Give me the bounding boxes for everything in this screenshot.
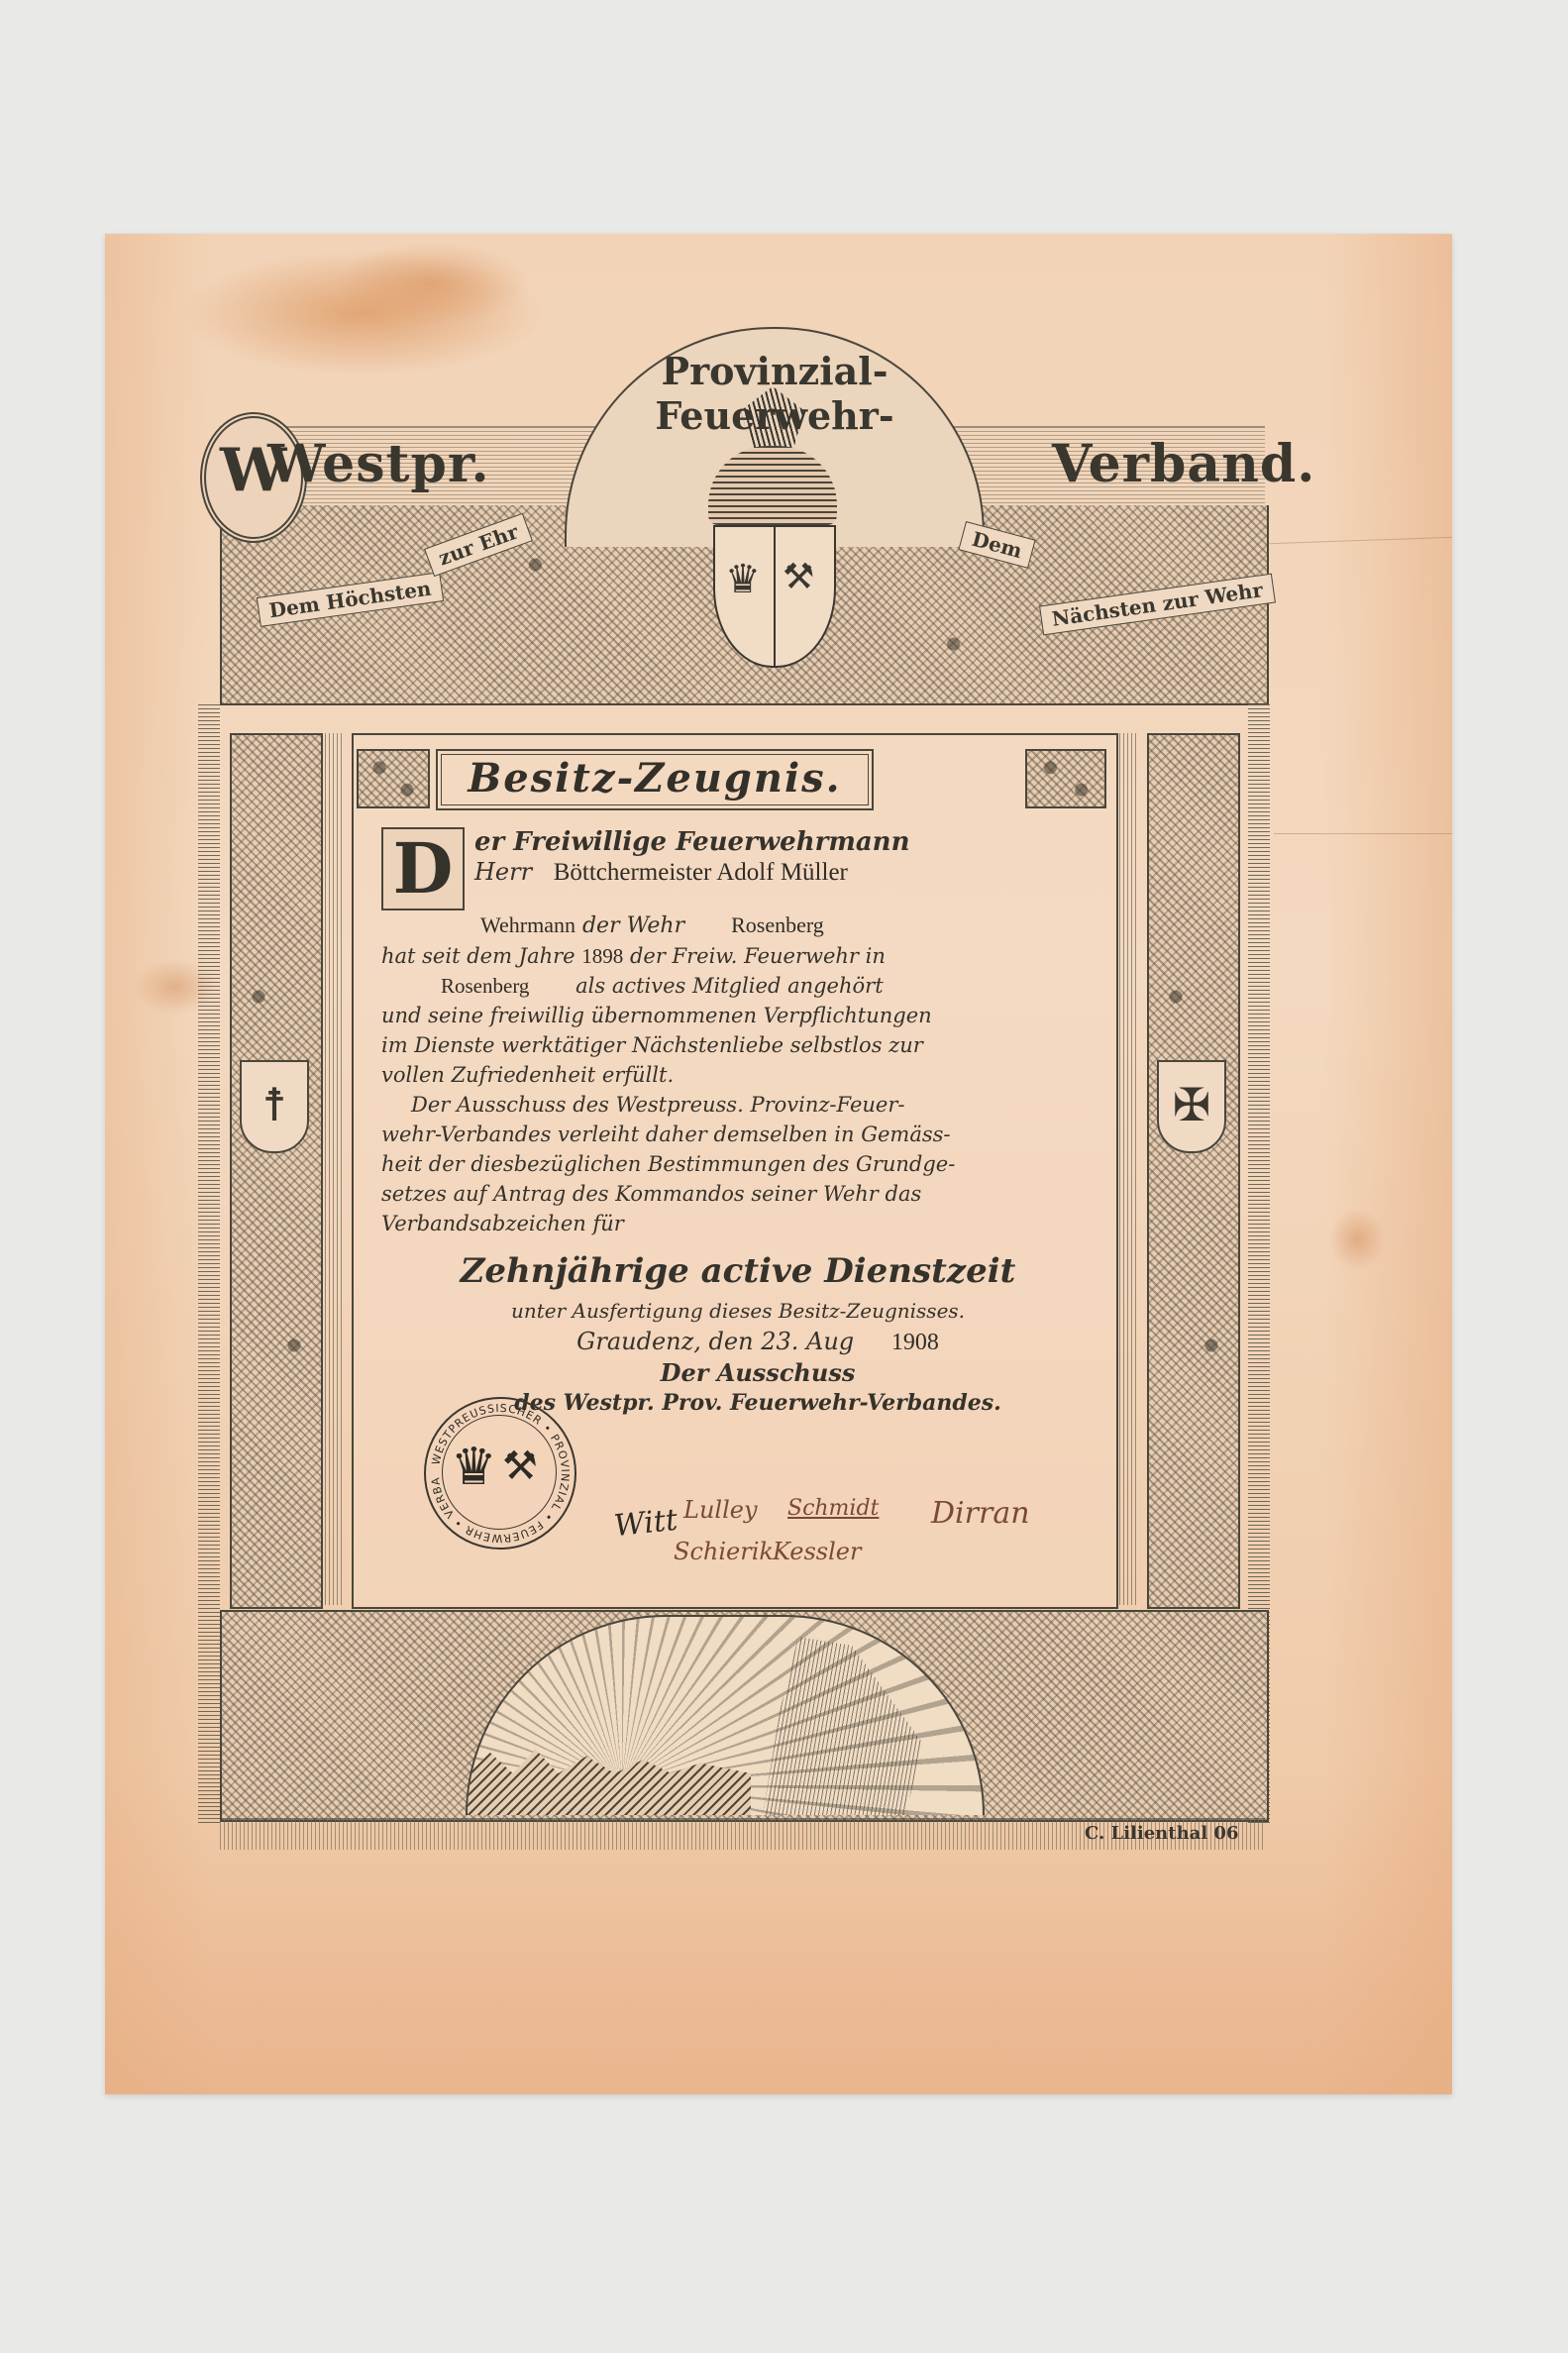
floral-ornament bbox=[230, 733, 323, 1609]
body-line-text: hat seit dem Jahre bbox=[381, 944, 575, 968]
seal-emblem: ♛ ⚒ bbox=[442, 1415, 557, 1530]
body-line: im Dienste werktätiger Nächstenliebe sel… bbox=[381, 1030, 1095, 1060]
allegorical-illustration bbox=[466, 1615, 985, 1815]
date-year: 1908 bbox=[891, 1327, 939, 1358]
body-line: vollen Zufriedenheit erfüllt. bbox=[381, 1060, 1095, 1090]
date-month: Aug bbox=[806, 1328, 854, 1355]
shield-icon: ♛ ⚒ bbox=[713, 525, 836, 668]
header-right-word: Verband. bbox=[1052, 434, 1315, 494]
left-ornament-column: ☨ bbox=[230, 733, 319, 1605]
recipient-name: Böttchermeister Adolf Müller bbox=[554, 858, 848, 888]
body-line: Verbandsabzeichen für bbox=[381, 1209, 1095, 1238]
award-text: Zehnjährige active Dienstzeit bbox=[381, 1246, 1095, 1296]
association-seal: WESTPREUSSISCHER • PROVINZIAL • FEUERWEH… bbox=[424, 1397, 576, 1550]
border-strip-left bbox=[198, 703, 220, 1823]
signature: Dirran bbox=[931, 1496, 1030, 1531]
body-line: wehr-Verbandes verleiht daher demselben … bbox=[381, 1120, 1095, 1149]
issuance-text: unter Ausfertigung dieses Besitz-Zeugnis… bbox=[381, 1296, 1095, 1326]
certificate-body: D er Freiwillige Feuerwehrmann Herr Bött… bbox=[381, 827, 1095, 1418]
title-box: Besitz-Zeugnis. bbox=[436, 749, 874, 810]
dropcap-initial: D bbox=[381, 827, 465, 910]
corner-ornament bbox=[1025, 749, 1106, 808]
eagle-icon: ♛ bbox=[451, 1438, 497, 1497]
body-line: er Freiwillige Feuerwehrmann bbox=[381, 827, 1095, 857]
body-line-rest: als actives Mitglied angehört bbox=[575, 974, 884, 998]
certificate-title: Besitz-Zeugnis. bbox=[468, 755, 841, 802]
certificate-print: W Westpr. Provinzial-Feuerwehr- Verband.… bbox=[198, 327, 1327, 1823]
brigade-name: Rosenberg bbox=[731, 910, 824, 940]
signature: Kessler bbox=[773, 1538, 861, 1565]
body-line-prefix: Herr bbox=[474, 858, 532, 886]
fire-helmet-axes-icon: ⚒ bbox=[783, 557, 814, 597]
inner-strip-left bbox=[325, 733, 345, 1605]
signature: Schmidt bbox=[787, 1496, 879, 1521]
shield-divider bbox=[774, 527, 776, 666]
join-year: 1898 bbox=[581, 941, 623, 971]
corner-ornament bbox=[357, 749, 430, 808]
place: Graudenz, bbox=[576, 1328, 701, 1355]
crozier-mitre-arms-icon: ✠ bbox=[1157, 1060, 1226, 1153]
inner-strip-right bbox=[1119, 733, 1139, 1605]
signature: Lulley bbox=[683, 1496, 758, 1524]
date-day: 23 bbox=[761, 1328, 791, 1355]
signatures: Witt Lulley Schmidt Dirran Schierik Kess… bbox=[614, 1496, 1109, 1585]
place-date: Graudenz, den 23. Aug 1908 bbox=[381, 1326, 1095, 1358]
body-line: Der Ausschuss des Westpreuss. Provinz-Fe… bbox=[381, 1090, 1095, 1120]
signature: Schierik bbox=[674, 1538, 774, 1565]
body-line: heit der diesbezüglichen Bestimmungen de… bbox=[381, 1149, 1095, 1179]
date-prefix: den bbox=[709, 1328, 754, 1355]
brigade-location: Rosenberg bbox=[441, 971, 529, 1001]
helmet-mantling-icon bbox=[708, 446, 837, 525]
body-line-rest: der Freiw. Feuerwehr in bbox=[630, 944, 886, 968]
eagle-icon: ♛ bbox=[725, 557, 761, 602]
right-ornament-column: ✠ bbox=[1147, 733, 1236, 1605]
body-line: und seine freiwillig übernommenen Verpfl… bbox=[381, 1001, 1095, 1030]
recipient-rank: Wehrmann bbox=[480, 910, 575, 940]
body-line: setzes auf Antrag des Kommandos seiner W… bbox=[381, 1179, 1095, 1209]
floral-ornament bbox=[1147, 733, 1240, 1609]
artist-signature: C. Lilienthal 06 bbox=[1085, 1823, 1238, 1844]
double-cross-arms-icon: ☨ bbox=[240, 1060, 309, 1153]
coat-of-arms: ♛ ⚒ bbox=[664, 386, 882, 664]
body-line-mid: der Wehr bbox=[575, 913, 691, 938]
header-left-word: Westpr. bbox=[267, 434, 490, 494]
fire-helmet-axes-icon: ⚒ bbox=[502, 1444, 538, 1489]
committee-line: Der Ausschuss bbox=[381, 1358, 1095, 1388]
signature: Witt bbox=[612, 1503, 679, 1544]
